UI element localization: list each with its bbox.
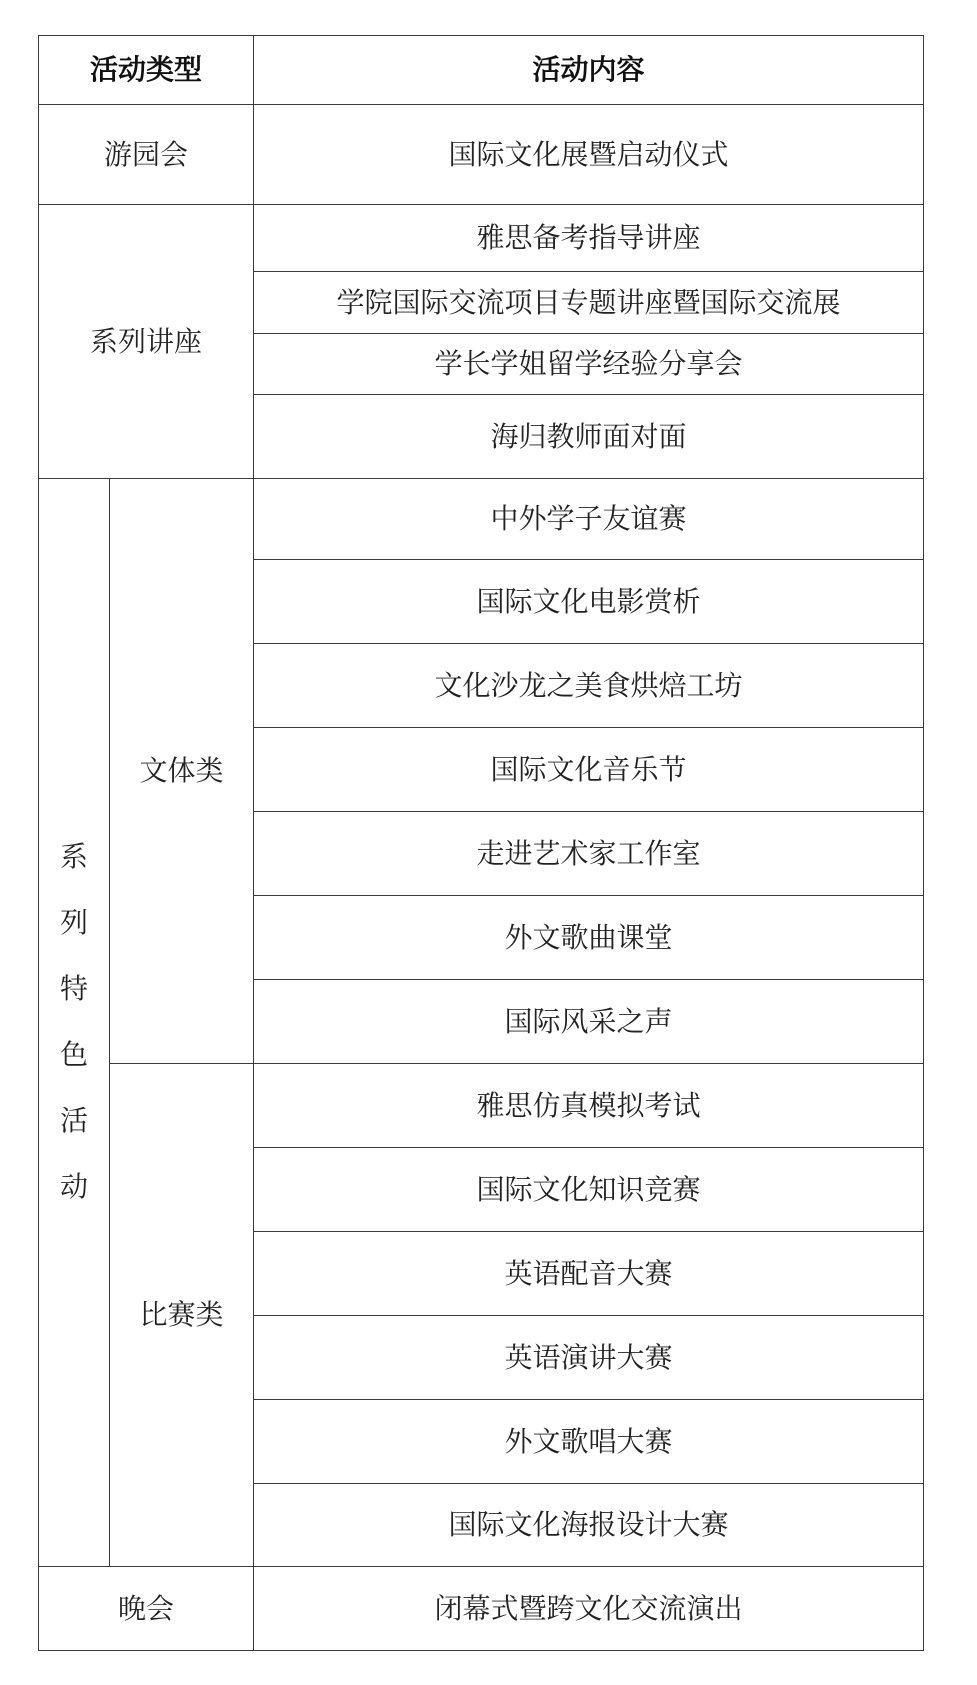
content-cell: 国际文化展暨启动仪式 xyxy=(254,105,924,205)
header-activity-content: 活动内容 xyxy=(254,36,924,105)
table-row: 游园会 国际文化展暨启动仪式 xyxy=(39,105,924,205)
content-cell: 雅思仿真模拟考试 xyxy=(254,1064,924,1148)
type-competitions: 比赛类 xyxy=(110,1064,254,1567)
content-cell: 走进艺术家工作室 xyxy=(254,812,924,896)
content-cell: 国际文化海报设计大赛 xyxy=(254,1484,924,1567)
activity-table: 活动类型 活动内容 游园会 国际文化展暨启动仪式 系列讲座 雅思备考指导讲座 学… xyxy=(38,35,924,1651)
content-cell: 海归教师面对面 xyxy=(254,395,924,479)
content-cell: 国际文化知识竞赛 xyxy=(254,1148,924,1232)
content-cell: 国际文化音乐节 xyxy=(254,728,924,812)
content-cell: 学长学姐留学经验分享会 xyxy=(254,334,924,395)
type-garden-party: 游园会 xyxy=(39,105,254,205)
content-cell: 中外学子友谊赛 xyxy=(254,479,924,560)
content-cell: 英语配音大赛 xyxy=(254,1232,924,1316)
vertical-label: 系 列 特 色 活 动 xyxy=(60,839,88,1205)
table-row: 系 列 特 色 活 动 文体类 中外学子友谊赛 xyxy=(39,479,924,560)
content-cell: 雅思备考指导讲座 xyxy=(254,205,924,272)
type-featured-activities: 系 列 特 色 活 动 xyxy=(39,479,110,1567)
content-cell: 外文歌唱大赛 xyxy=(254,1400,924,1484)
table-row: 系列讲座 雅思备考指导讲座 xyxy=(39,205,924,272)
table-row: 比赛类 雅思仿真模拟考试 xyxy=(39,1064,924,1148)
header-row: 活动类型 活动内容 xyxy=(39,36,924,105)
content-cell: 国际风采之声 xyxy=(254,980,924,1064)
type-gala: 晚会 xyxy=(39,1567,254,1651)
type-lectures: 系列讲座 xyxy=(39,205,254,479)
content-cell: 闭幕式暨跨文化交流演出 xyxy=(254,1567,924,1651)
content-cell: 外文歌曲课堂 xyxy=(254,896,924,980)
content-cell: 英语演讲大赛 xyxy=(254,1316,924,1400)
header-activity-type: 活动类型 xyxy=(39,36,254,105)
content-cell: 文化沙龙之美食烘焙工坊 xyxy=(254,644,924,728)
type-culture-sports: 文体类 xyxy=(110,479,254,1064)
table-row: 晚会 闭幕式暨跨文化交流演出 xyxy=(39,1567,924,1651)
content-cell: 学院国际交流项目专题讲座暨国际交流展 xyxy=(254,272,924,334)
content-cell: 国际文化电影赏析 xyxy=(254,560,924,644)
